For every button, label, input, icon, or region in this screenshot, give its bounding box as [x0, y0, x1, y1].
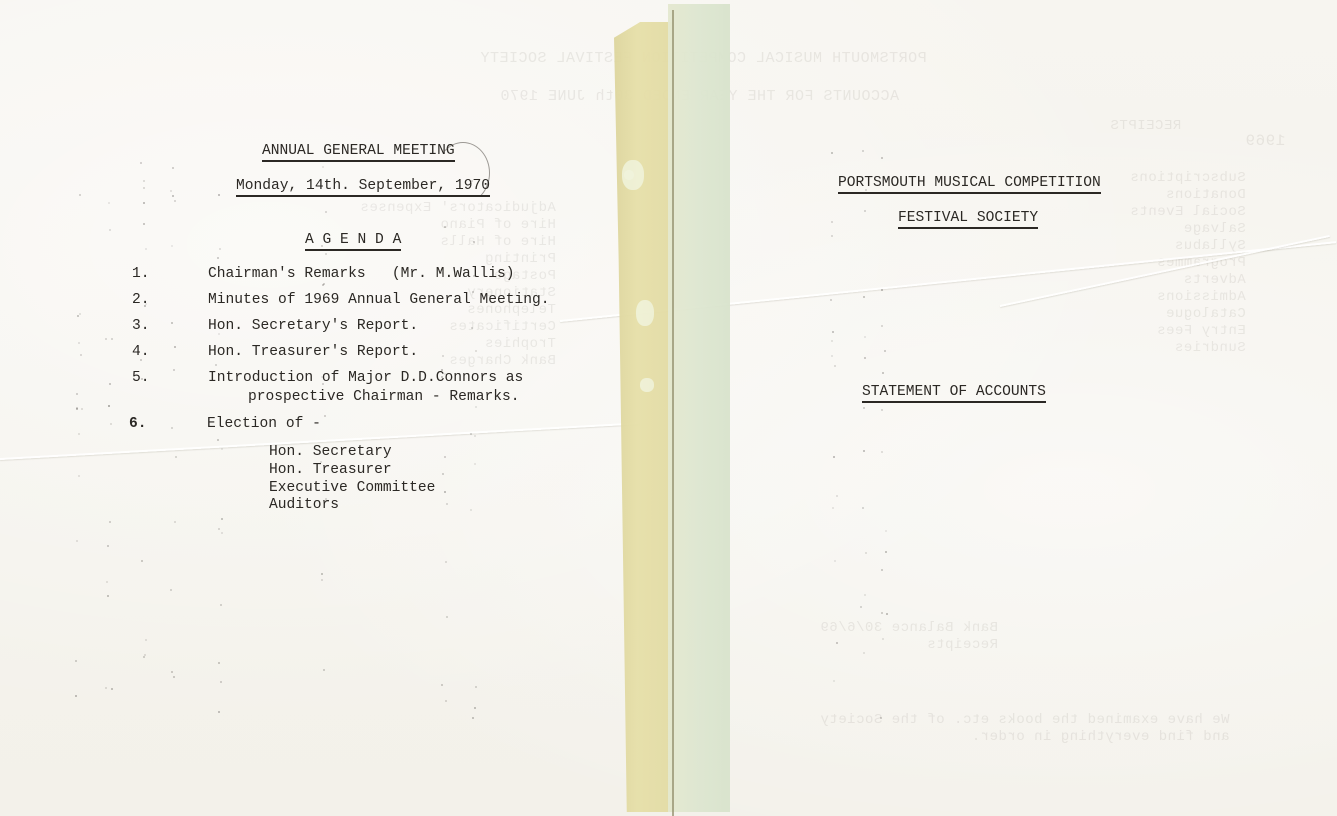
statement-title-text: STATEMENT OF ACCOUNTS [862, 384, 1046, 403]
speck [834, 365, 836, 367]
speck [219, 248, 221, 250]
speck [141, 560, 143, 562]
meeting-date-text: Monday, 14th. September, 1970 [236, 178, 490, 197]
speck [173, 676, 175, 678]
statement-title: STATEMENT OF ACCOUNTS [862, 384, 1046, 401]
speck [862, 150, 864, 152]
speck [105, 338, 107, 340]
agenda-item-number: 4. [132, 344, 150, 360]
speck [322, 166, 324, 168]
tape-bubble [624, 170, 634, 180]
speck [884, 350, 886, 352]
speck [881, 612, 883, 614]
speck [172, 167, 174, 169]
speck [143, 656, 145, 658]
speck [475, 686, 477, 688]
speck [863, 296, 865, 298]
speck [831, 152, 833, 154]
agenda-item-number: 6. [129, 416, 147, 432]
speck [107, 595, 109, 597]
society-title-line2: FESTIVAL SOCIETY [898, 210, 1038, 227]
speck [863, 450, 865, 452]
speck [836, 642, 838, 644]
speck [173, 369, 175, 371]
agenda-item-number: 5. [132, 370, 150, 386]
agenda-item-text: Hon. Treasurer's Report. [208, 344, 418, 361]
tape-strip-right [668, 4, 730, 812]
agenda-item-number: 1. [132, 266, 150, 282]
speck [470, 433, 472, 435]
speck [76, 408, 78, 410]
speck [865, 552, 867, 554]
speck [109, 383, 111, 385]
speck [108, 405, 110, 407]
speck [885, 530, 887, 532]
bleed-through-column: Subscriptions Donations Social Events Sa… [1130, 170, 1246, 357]
speck [109, 229, 111, 231]
speck [220, 681, 222, 683]
position-item: Hon. Secretary [269, 444, 392, 461]
meeting-title: ANNUAL GENERAL MEETING [262, 143, 455, 160]
speck [862, 507, 864, 509]
society-title-line1: PORTSMOUTH MUSICAL COMPETITION [838, 175, 1101, 192]
society-title-line1-text: PORTSMOUTH MUSICAL COMPETITION [838, 175, 1101, 194]
speck [321, 573, 323, 575]
speck [171, 427, 173, 429]
agenda-item-text: Chairman's Remarks (Mr. M.Wallis) [208, 266, 515, 283]
agenda-item-continuation: prospective Chairman - Remarks. [248, 389, 520, 406]
position-item: Auditors [269, 497, 339, 514]
meeting-date: Monday, 14th. September, 1970 [236, 178, 490, 195]
speck [218, 662, 220, 664]
speck [831, 355, 833, 357]
position-item: Executive Committee [269, 480, 435, 497]
speck [79, 313, 81, 315]
speck [445, 561, 447, 563]
speck [145, 248, 147, 250]
speck [441, 684, 443, 686]
speck [218, 711, 220, 713]
speck [471, 327, 473, 329]
speck [442, 355, 444, 357]
agenda-item-text: Hon. Secretary's Report. [208, 318, 418, 335]
agenda-item-text: Introduction of Major D.D.Connors as [208, 370, 523, 387]
speck [143, 202, 145, 204]
speck [323, 669, 325, 671]
agenda-item-number: 3. [132, 318, 150, 334]
position-item: Hon. Treasurer [269, 462, 392, 479]
speck [832, 507, 834, 509]
agenda-item-text: Election of - [207, 416, 321, 433]
tape-bubble [636, 300, 654, 326]
speck [473, 241, 475, 243]
meeting-title-text: ANNUAL GENERAL MEETING [262, 143, 455, 162]
agenda-heading-text: A G E N D A [305, 232, 401, 251]
speck [172, 195, 174, 197]
tape-fold-line [672, 10, 674, 816]
speck [474, 435, 476, 437]
speck [174, 200, 176, 202]
agenda-item-text: Minutes of 1969 Annual General Meeting. [208, 292, 550, 309]
bleed-through-receipts: RECEIPTS [1110, 118, 1181, 134]
bleed-through-balance: Bank Balance 30/6/69 Receipts [820, 620, 998, 654]
speck [442, 473, 444, 475]
speck [111, 688, 113, 690]
speck [80, 354, 82, 356]
tape-bubble [640, 378, 654, 392]
speck [170, 589, 172, 591]
agenda-heading: A G E N D A [305, 232, 401, 249]
speck [446, 616, 448, 618]
society-title-line2-text: FESTIVAL SOCIETY [898, 210, 1038, 229]
speck [220, 604, 222, 606]
speck [218, 194, 220, 196]
speck [472, 717, 474, 719]
agenda-item-number: 2. [132, 292, 150, 308]
bleed-through-year: 1969 [1245, 132, 1285, 150]
speck [143, 223, 145, 225]
speck [863, 652, 865, 654]
speck [863, 407, 865, 409]
